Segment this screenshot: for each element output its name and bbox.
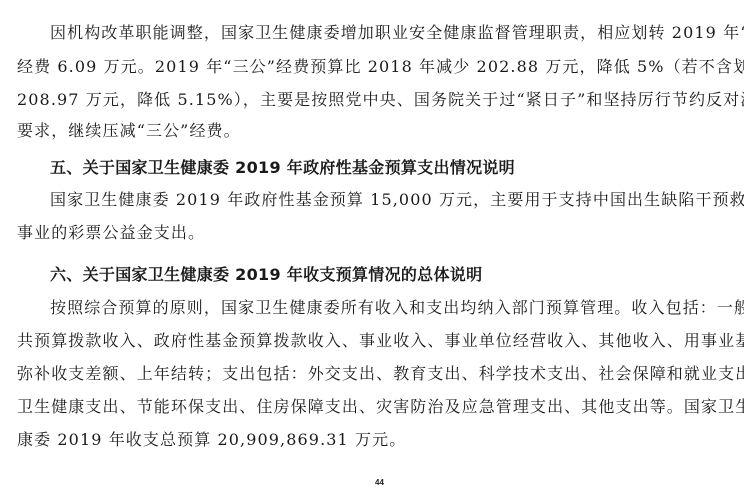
section-heading: 五、关于国家卫生健康委 2019 年政府性基金预算支出情况说明 (50, 156, 515, 180)
paragraph-line: 康委 2019 年收支总预算 20,909,869.31 万元。 (17, 428, 406, 452)
paragraph-line: 国家卫生健康委 2019 年政府性基金预算 15,000 万元，主要用于支持中国… (50, 188, 744, 212)
paragraph-line: 按照综合预算的原则，国家卫生健康委所有收入和支出均纳入部门预算管理。收入包括：一… (50, 296, 744, 320)
paragraph-line: 事业的彩票公益金支出。 (17, 221, 205, 245)
paragraph-line: 经费 6.09 万元。2019 年“三公”经费预算比 2018 年减少 202.… (17, 55, 744, 79)
section-heading: 六、关于国家卫生健康委 2019 年收支预算情况的总体说明 (50, 263, 482, 287)
page-number: 44 (375, 478, 384, 487)
paragraph-line: 208.97 万元，降低 5.15%），主要是按照党中央、国务院关于过“紧日子”… (17, 88, 744, 112)
paragraph-line: 弥补收支差额、上年结转；支出包括：外交支出、教育支出、科学技术支出、社会保障和就… (17, 362, 744, 386)
paragraph-line: 因机构改革职能调整，国家卫生健康委增加职业安全健康监督管理职责，相应划转 201… (50, 21, 690, 45)
paragraph-line: 要求，继续压减“三公”经费。 (17, 119, 241, 143)
paragraph-line: 卫生健康支出、节能环保支出、住房保障支出、灾害防治及应急管理支出、其他支出等。国… (17, 395, 744, 419)
paragraph-line: 共预算拨款收入、政府性基金预算拨款收入、事业收入、事业单位经营收入、其他收入、用… (17, 329, 744, 353)
